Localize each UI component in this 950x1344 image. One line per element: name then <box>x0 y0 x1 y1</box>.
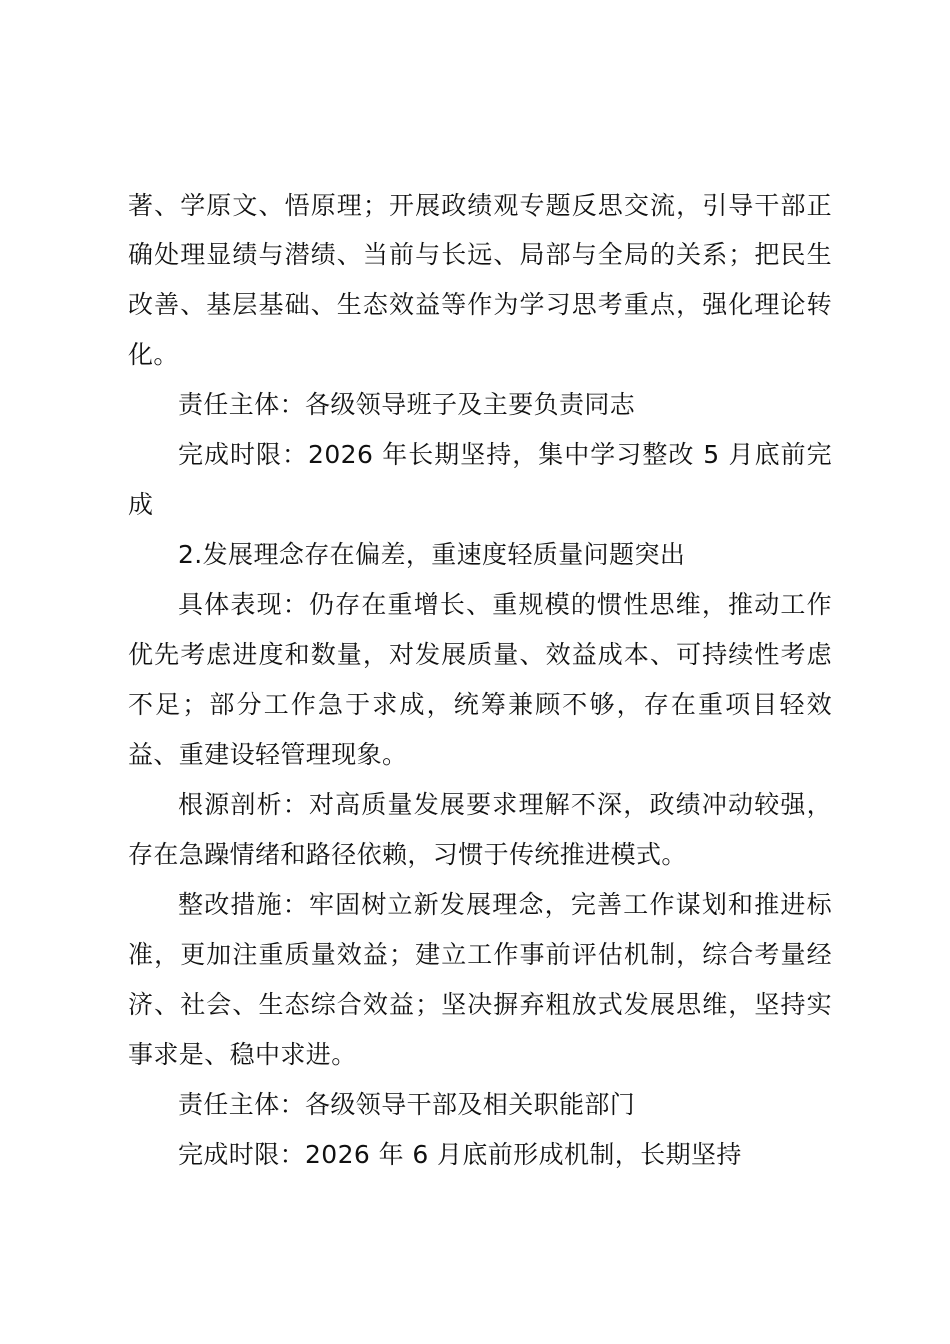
paragraph-line: 事求是、稳中求进。 <box>128 1035 832 1075</box>
paragraph-line: 准，更加注重质量效益；建立工作事前评估机制，综合考量经 <box>128 935 832 975</box>
paragraph-line: 著、学原文、悟原理；开展政绩观专题反思交流，引导干部正 <box>128 186 832 226</box>
document-page: 著、学原文、悟原理；开展政绩观专题反思交流，引导干部正 确处理显绩与潜绩、当前与… <box>0 0 950 1344</box>
root-cause-line: 根源剖析：对高质量发展要求理解不深，政绩冲动较强， <box>178 785 832 825</box>
paragraph-line: 不足；部分工作急于求成，统筹兼顾不够，存在重项目轻效 <box>128 685 832 725</box>
paragraph-line: 化。 <box>128 335 832 375</box>
paragraph-line: 改善、基层基础、生态效益等作为学习思考重点，强化理论转 <box>128 285 832 325</box>
paragraph-line: 优先考虑进度和数量，对发展质量、效益成本、可持续性考虑 <box>128 635 832 675</box>
paragraph-line: 益、重建设轻管理现象。 <box>128 735 832 775</box>
manifestation-line: 具体表现：仍存在重增长、重规模的惯性思维，推动工作 <box>178 585 832 625</box>
responsibility-line: 责任主体：各级领导干部及相关职能部门 <box>178 1085 832 1125</box>
responsibility-line: 责任主体：各级领导班子及主要负责同志 <box>178 385 832 425</box>
measures-line: 整改措施：牢固树立新发展理念，完善工作谋划和推进标 <box>178 885 832 925</box>
paragraph-line: 确处理显绩与潜绩、当前与长远、局部与全局的关系；把民生 <box>128 235 832 275</box>
deadline-line: 完成时限：2026 年长期坚持，集中学习整改 5 月底前完 <box>178 435 832 475</box>
section-heading: 2.发展理念存在偏差，重速度轻质量问题突出 <box>178 535 832 575</box>
paragraph-line: 存在急躁情绪和路径依赖，习惯于传统推进模式。 <box>128 835 832 875</box>
paragraph-line: 济、社会、生态综合效益；坚决摒弃粗放式发展思维，坚持实 <box>128 985 832 1025</box>
deadline-line: 完成时限：2026 年 6 月底前形成机制，长期坚持 <box>178 1135 832 1175</box>
deadline-line-continued: 成 <box>128 485 832 525</box>
